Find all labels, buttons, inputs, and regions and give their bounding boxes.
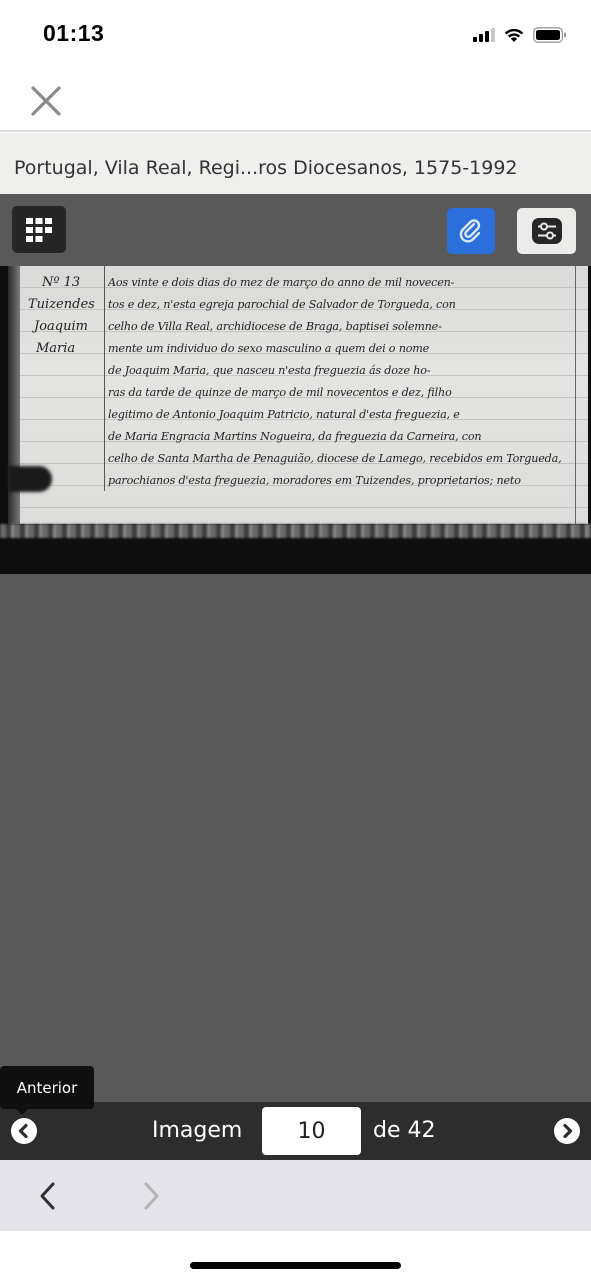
collection-title: Portugal, Vila Real, Regi...ros Diocesan…	[14, 157, 518, 179]
record-line: Aos vinte e dois dias do mez de março do…	[108, 272, 573, 294]
register-page: Nº 13 Tuizendes Joaquim Maria Aos vinte …	[8, 266, 588, 524]
record-line: de Joaquim Maria, que nasceu n'esta freg…	[108, 360, 573, 382]
record-image[interactable]: Nº 13 Tuizendes Joaquim Maria Aos vinte …	[0, 266, 591, 574]
next-image-button[interactable]	[554, 1118, 580, 1144]
browser-forward-button[interactable]	[133, 1178, 169, 1214]
chevron-right-icon	[141, 1181, 161, 1211]
browser-back-button[interactable]	[30, 1178, 66, 1214]
record-line: legitimo de Antonio Joaquim Patricio, na…	[108, 404, 573, 426]
margin-place: Tuizendes	[28, 294, 104, 316]
margin-notes: Nº 13 Tuizendes Joaquim Maria	[28, 272, 104, 360]
page-edge	[0, 524, 591, 538]
margin-name-first: Joaquim	[28, 316, 104, 338]
image-viewer[interactable]: Nº 13 Tuizendes Joaquim Maria Aos vinte …	[0, 194, 591, 1102]
image-adjust-button[interactable]	[517, 208, 576, 254]
close-button[interactable]	[28, 82, 64, 118]
close-icon	[28, 82, 64, 118]
chevron-left-icon	[38, 1181, 58, 1211]
wifi-icon	[503, 27, 525, 43]
status-bar: 01:13	[0, 0, 591, 64]
image-pager: Imagem de 42	[0, 1102, 591, 1160]
margin-name-second: Maria	[28, 338, 104, 360]
record-number: Nº 13	[28, 272, 104, 294]
cellular-signal-icon	[473, 28, 495, 42]
modal-header	[0, 64, 591, 132]
browser-toolbar	[0, 1160, 591, 1231]
record-line: de Maria Engracia Martins Nogueira, da f…	[108, 426, 573, 448]
record-line: celho de Santa Martha de Penaguião, dioc…	[108, 448, 573, 470]
record-line: parochianos d'esta freguezia, moradores …	[108, 470, 573, 492]
chevron-right-circle-icon	[560, 1123, 574, 1139]
record-text: Aos vinte e dois dias do mez de março do…	[108, 272, 573, 492]
home-area	[0, 1231, 591, 1280]
thumb-shadow	[8, 466, 52, 492]
record-line: mente um individuo do sexo masculino a q…	[108, 338, 573, 360]
pager-label: Imagem	[152, 1118, 242, 1143]
thumbnail-grid-button[interactable]	[12, 206, 66, 253]
sliders-icon	[531, 217, 563, 245]
record-line: tos e dez, n'esta egreja parochial de Sa…	[108, 294, 573, 316]
record-line: ras da tarde de quinze de março de mil n…	[108, 382, 573, 404]
pager-total: de 42	[373, 1118, 436, 1143]
status-icons	[473, 25, 567, 45]
attach-button[interactable]	[447, 208, 495, 254]
home-indicator[interactable]	[190, 1262, 401, 1269]
battery-icon	[533, 27, 567, 43]
image-number-input[interactable]	[262, 1107, 361, 1155]
status-time: 01:13	[43, 20, 104, 47]
previous-tooltip: Anterior	[0, 1066, 94, 1109]
chevron-left-circle-icon	[17, 1123, 31, 1139]
paperclip-icon	[457, 217, 485, 245]
previous-image-button[interactable]	[11, 1118, 37, 1144]
grid-icon	[25, 217, 53, 243]
collection-title-bar: Portugal, Vila Real, Regi...ros Diocesan…	[0, 133, 591, 194]
record-line: celho de Villa Real, archidiocese de Bra…	[108, 316, 573, 338]
